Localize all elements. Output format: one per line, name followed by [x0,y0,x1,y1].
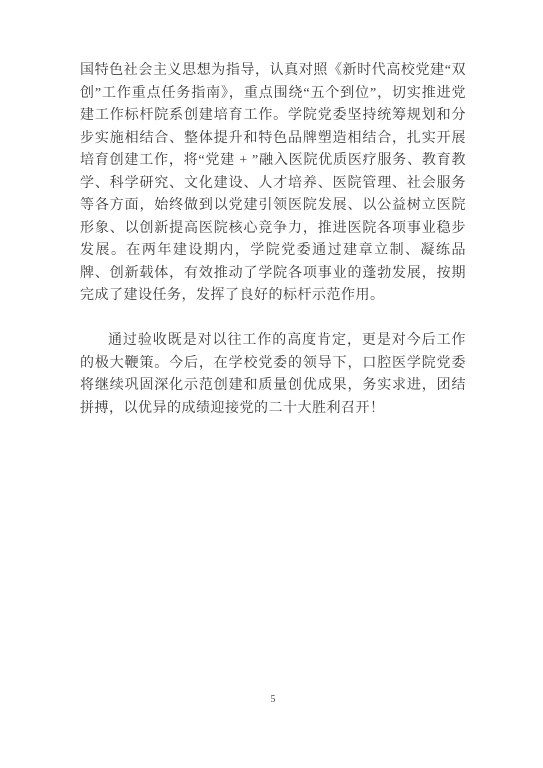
page-number: 5 [80,694,466,705]
document-text-block: 国特色社会主义思想为指导，认真对照《新时代高校党建“双创”工作重点任务指南》，重… [80,60,466,443]
body-paragraph-1: 国特色社会主义思想为指导，认真对照《新时代高校党建“双创”工作重点任务指南》，重… [80,60,466,308]
document-page: 国特色社会主义思想为指导，认真对照《新时代高校党建“双创”工作重点任务指南》，重… [0,0,543,768]
body-paragraph-2: 通过验收既是对以往工作的高度肯定，更是对今后工作的极大鞭策。今后，在学校党委的领… [80,330,466,420]
